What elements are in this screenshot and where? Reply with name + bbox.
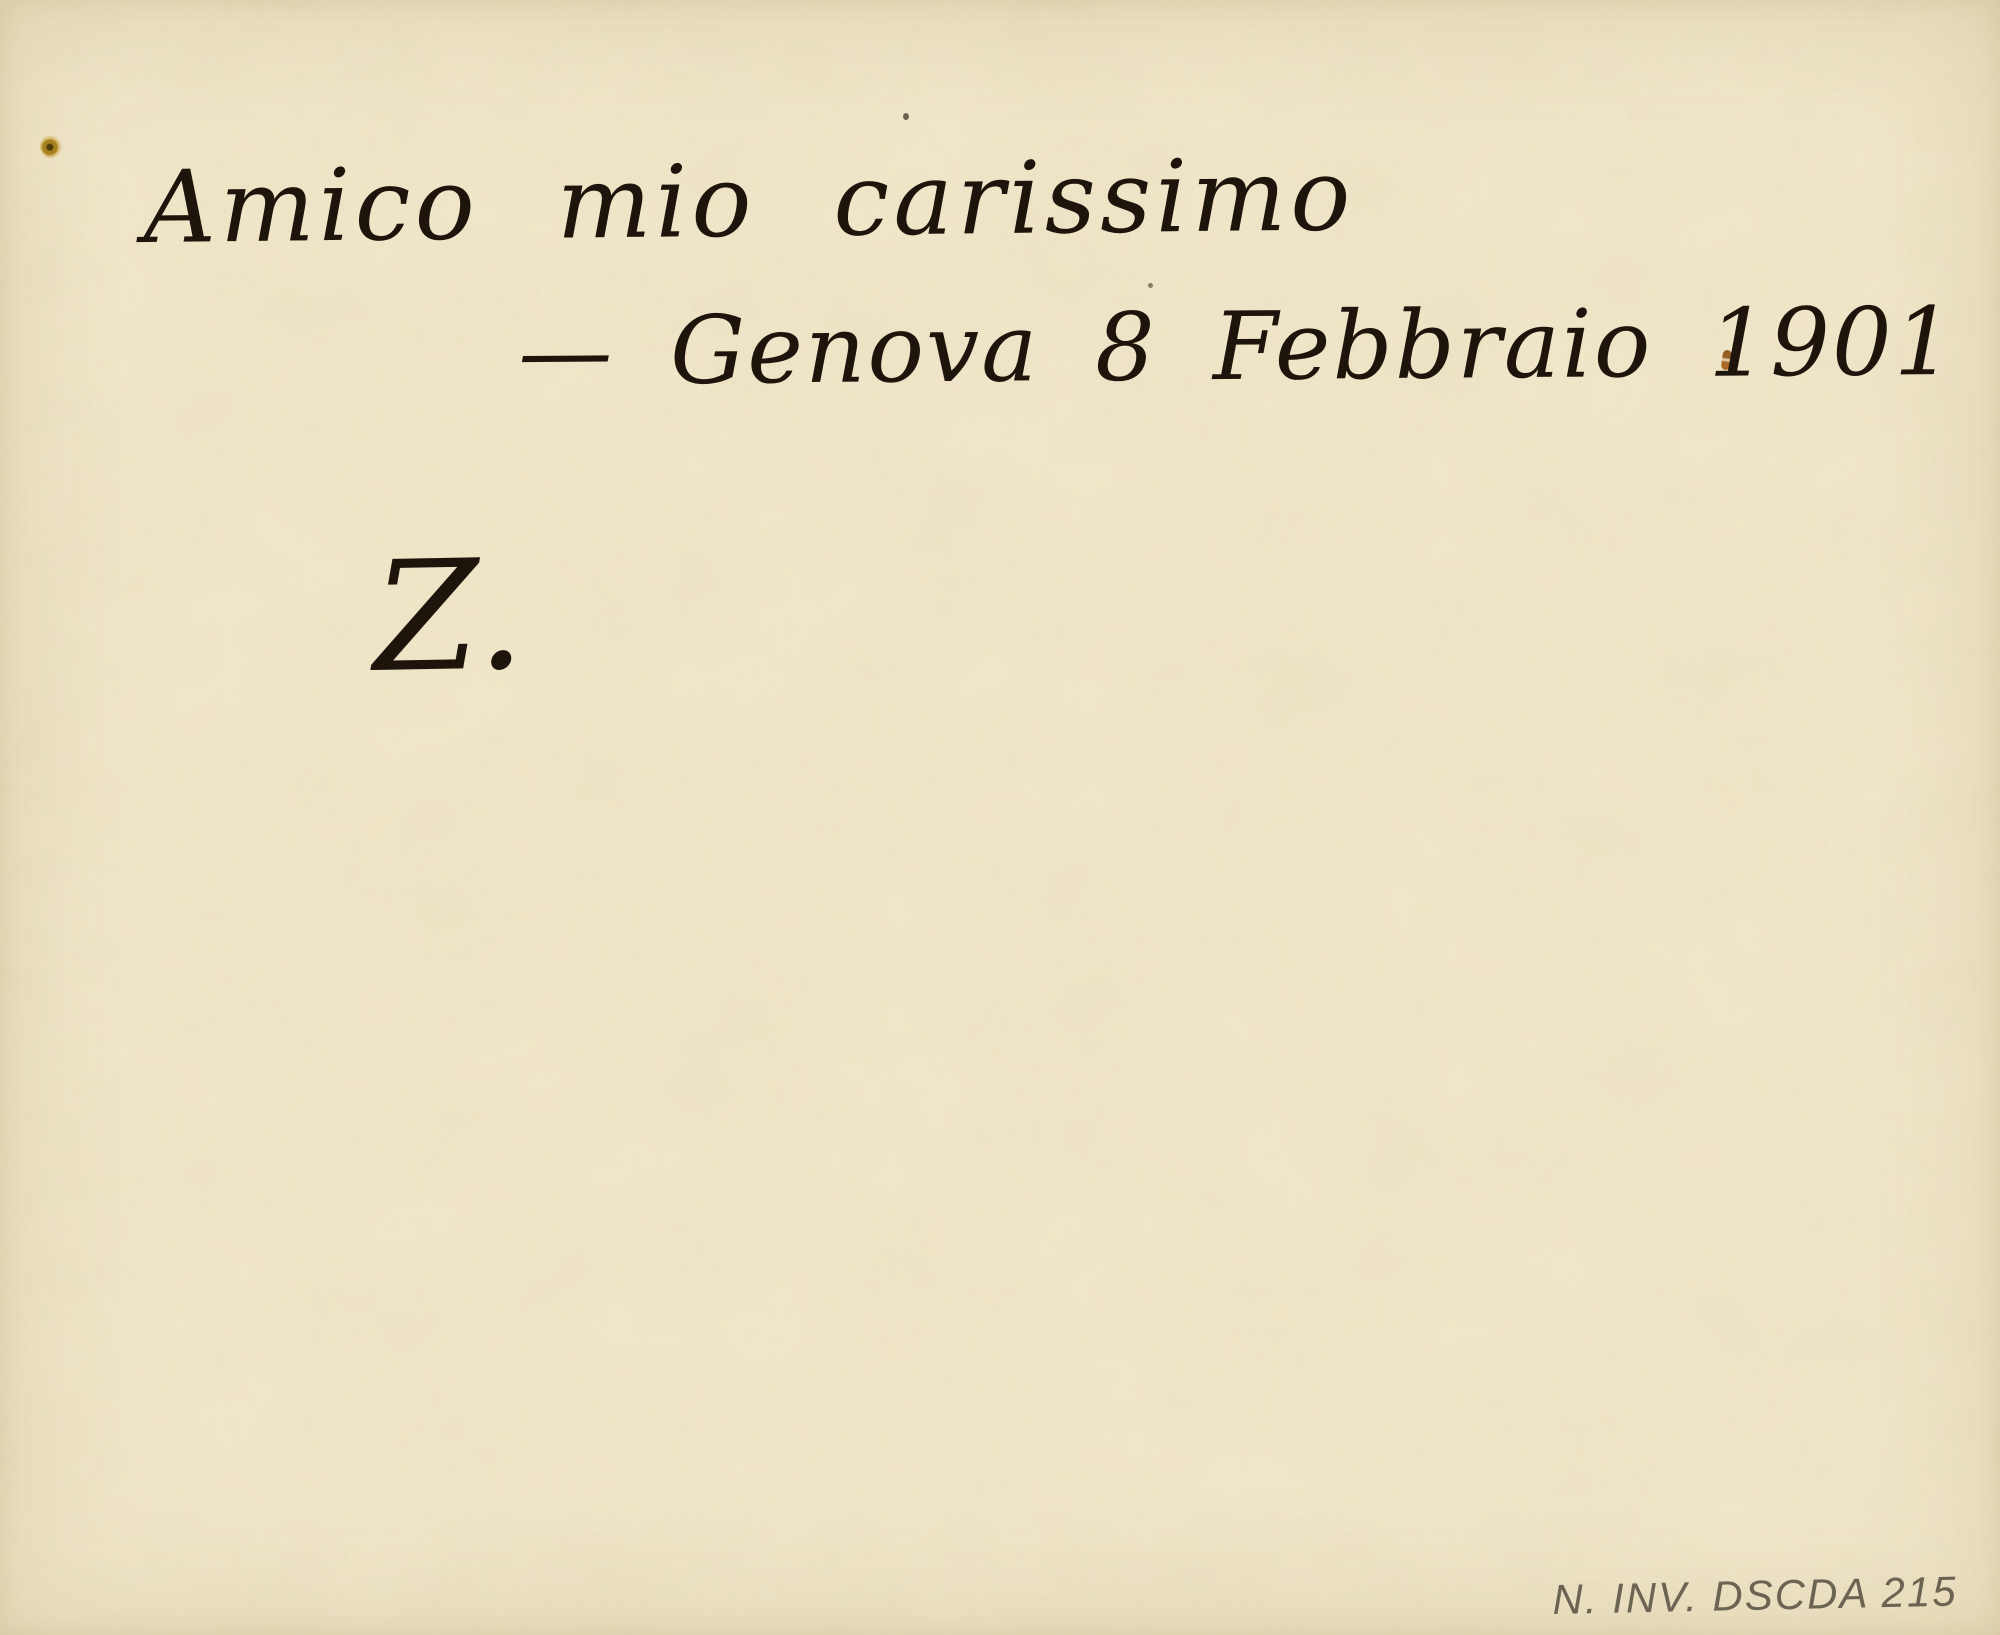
paper-stain-speck <box>40 134 62 158</box>
salutation-handwriting: Amico mio carissimo <box>143 145 1355 258</box>
paper-fleck-small <box>1148 283 1153 288</box>
dateline-handwriting: — Genova 8 Febbraio 1901 — <box>518 295 2000 400</box>
letter-scan-page: Amico mio carissimo — Genova 8 Febbraio … <box>0 0 2000 1635</box>
paper-fleck <box>903 113 909 120</box>
inventory-number-pencil: N. INV. DSCDA 215 <box>1552 1568 1958 1624</box>
initial-handwriting: Z. <box>372 539 526 694</box>
